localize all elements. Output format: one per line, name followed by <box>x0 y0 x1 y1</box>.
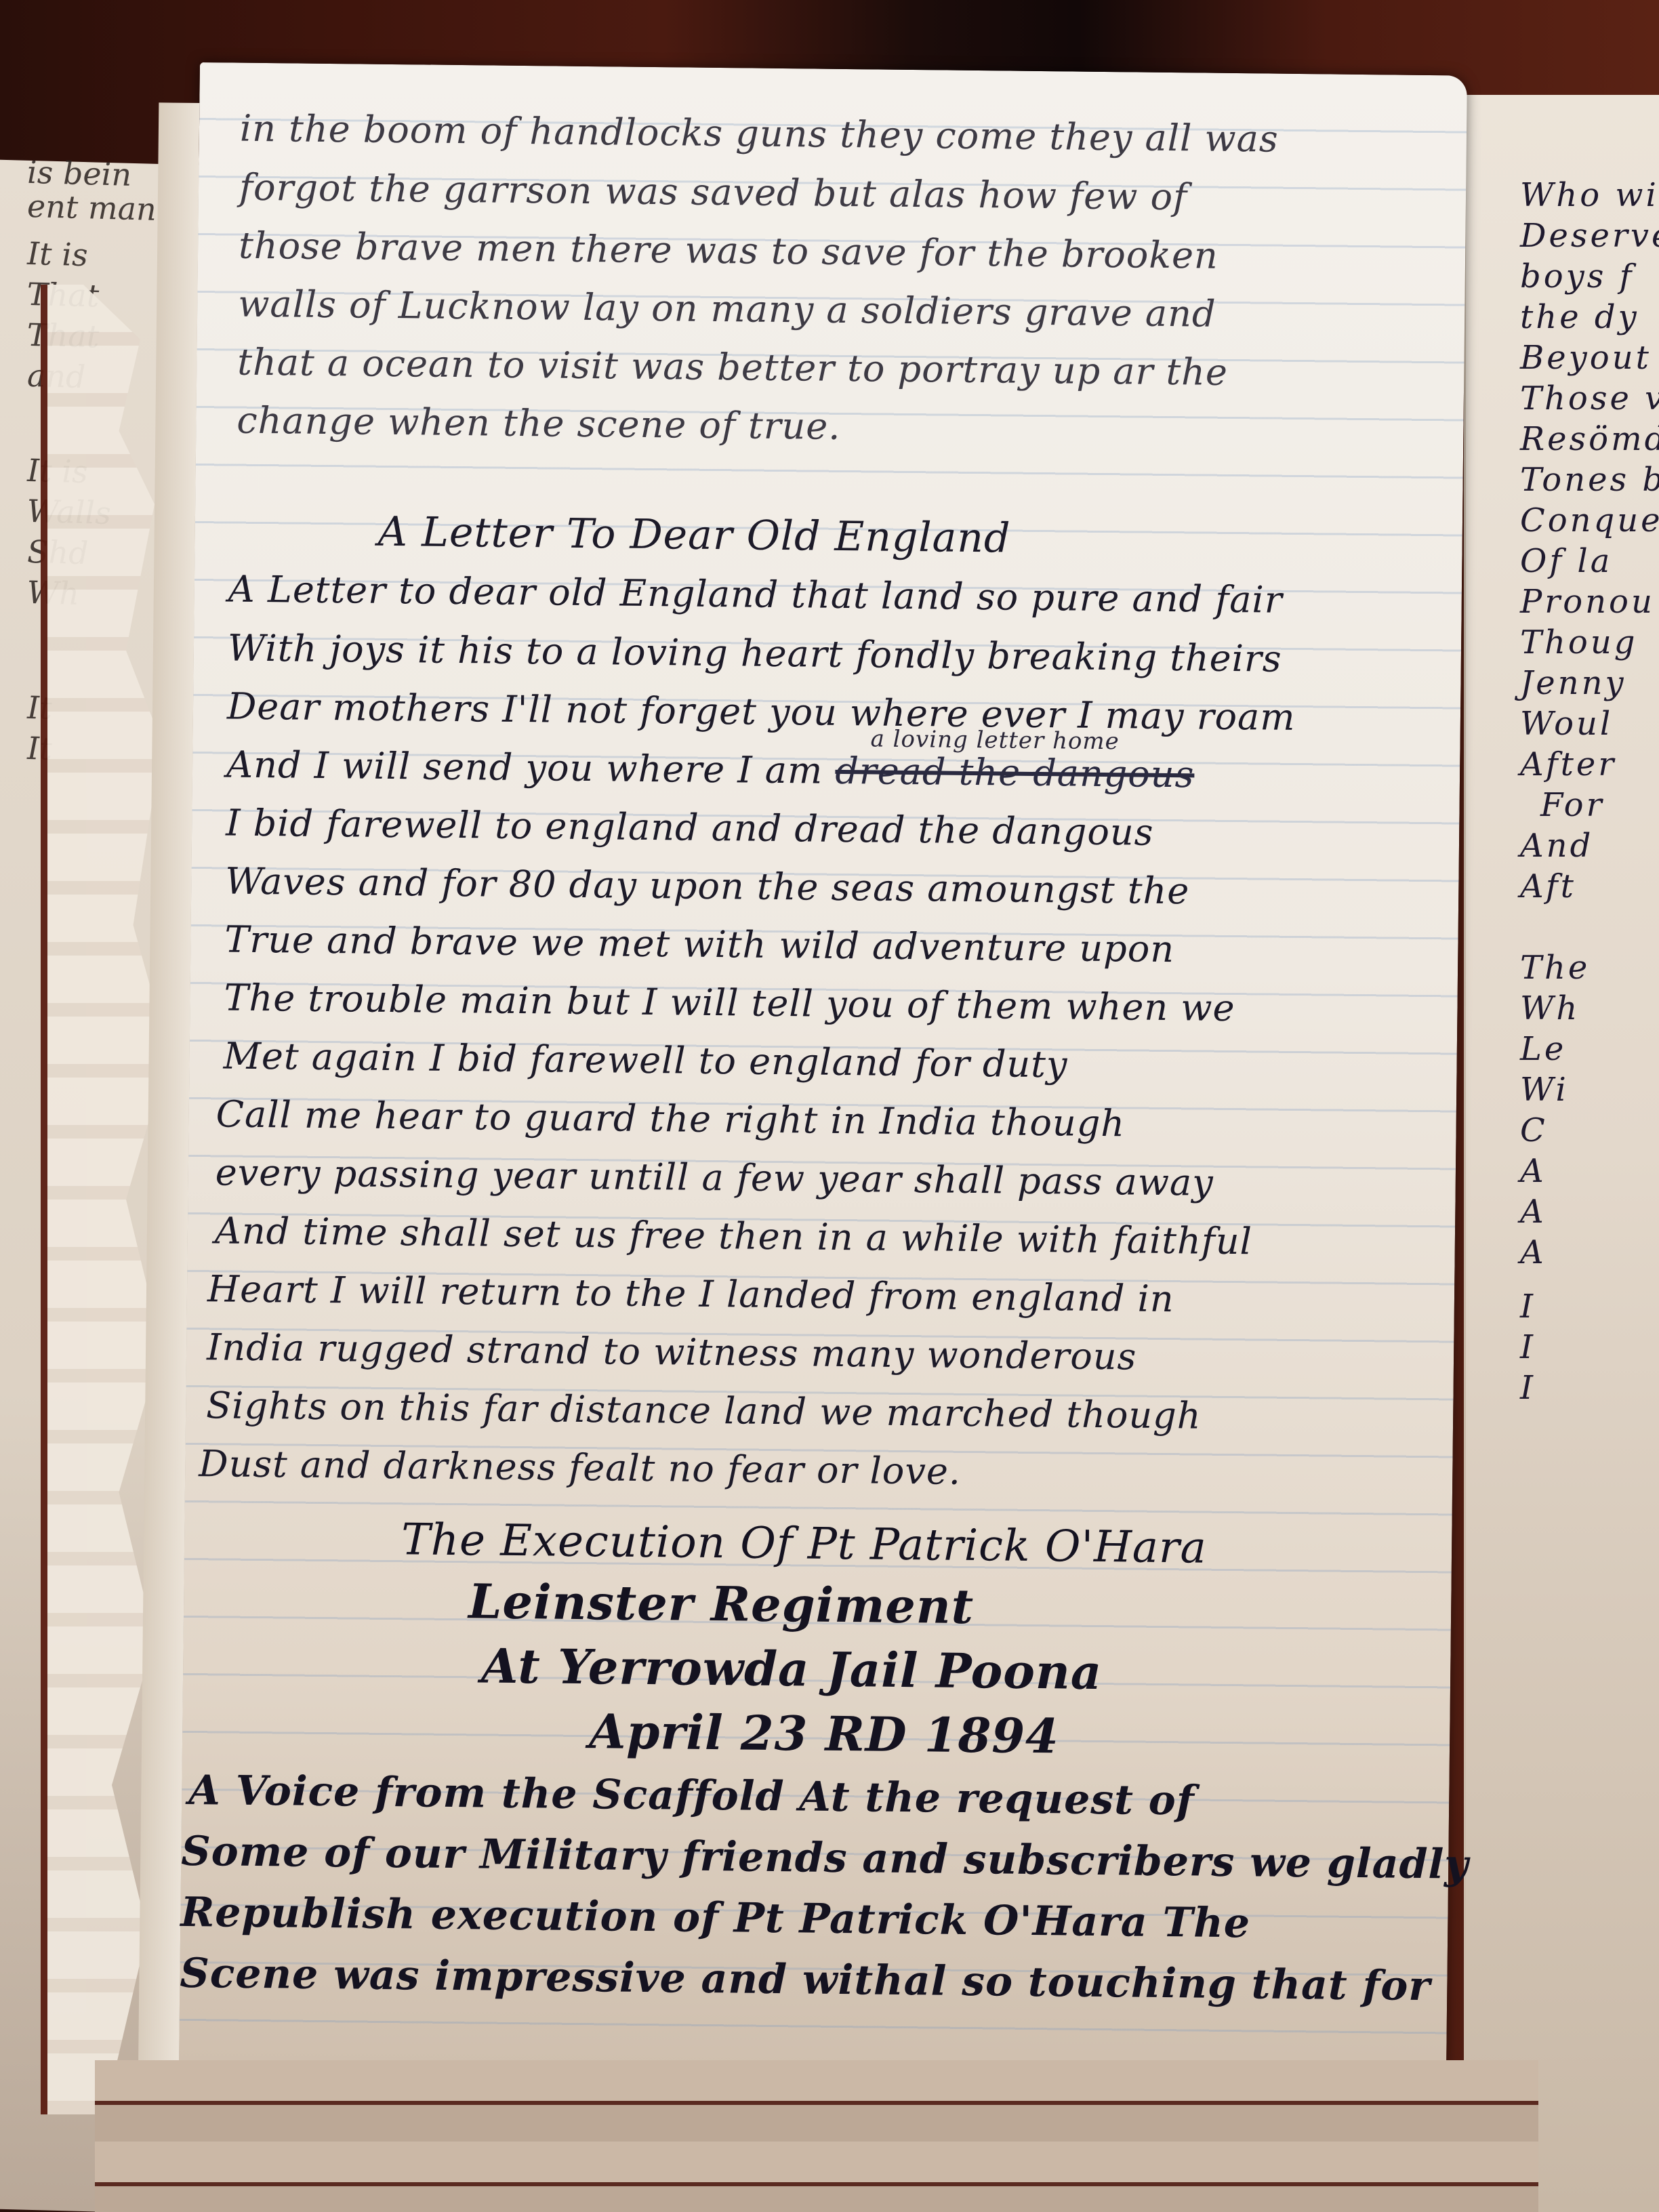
right-fragment-text: the dy <box>1520 298 1639 336</box>
text-line: walls of Lucknow lay on many a soldiers … <box>238 283 1216 335</box>
right-fragment-text: Pronou <box>1520 583 1655 621</box>
closing-line: Scene was impressive and withal so touch… <box>180 1950 1431 2010</box>
execution-heading-regiment: Leinster Regiment <box>468 1573 975 1635</box>
right-fragment-text: Conque <box>1520 501 1659 539</box>
poem-line: A Letter to dear old England that land s… <box>228 567 1283 621</box>
right-fragment-text: A <box>1520 1152 1547 1190</box>
poem-line: India rugged strand to witness many wond… <box>207 1326 1137 1378</box>
right-fragment-text: Those vic <box>1520 380 1659 417</box>
closing-line: A Voice from the Scaffold At the request… <box>188 1767 1195 1825</box>
text-line: change when the scene of true. <box>237 399 841 448</box>
closing-line: Some of our Military friends and subscri… <box>181 1828 1469 1889</box>
text-line: in the boom of handlocks guns they come … <box>240 107 1279 161</box>
poem-line: Met again I bid farewell to england for … <box>223 1034 1067 1086</box>
text-line: that a ocean to visit was better to port… <box>237 341 1228 394</box>
right-fragment-text: Wi <box>1520 1071 1569 1109</box>
right-fragment-text: Of la <box>1520 542 1612 580</box>
right-fragment-text: Le <box>1520 1030 1566 1068</box>
right-fragment-text: Resömd <box>1520 420 1659 458</box>
right-fragment-text: C <box>1520 1111 1548 1149</box>
left-fragment-text: ent mann <box>27 188 176 228</box>
execution-heading-location: At Yerrowda Jail Poona <box>481 1637 1103 1700</box>
right-fragment-text: Jenny <box>1520 664 1626 702</box>
right-fragment-text: Thoug <box>1520 623 1637 661</box>
tattered-page-edges <box>95 2060 1538 2212</box>
right-fragment-text: A <box>1520 1233 1547 1271</box>
text-line: forgot the garrson was saved but alas ho… <box>239 166 1188 219</box>
right-fragment-text: Beyout <box>1520 339 1652 377</box>
closing-line: Republish execution of Pt Patrick O'Hara… <box>180 1889 1250 1948</box>
right-fragment-text: And <box>1520 827 1593 865</box>
right-fragment-text: I <box>1520 1288 1536 1326</box>
right-fragment-text: I <box>1520 1369 1536 1407</box>
poem-line: every passing year untill a few year sha… <box>216 1151 1214 1204</box>
poem-line: Call me hear to guard the right in India… <box>216 1092 1125 1145</box>
right-fragment-text: For <box>1540 786 1605 824</box>
poem-line: Heart I will return to the I landed from… <box>207 1267 1174 1320</box>
right-page-fragment: Who wi Deserve boys f the dy Beyout Thos… <box>1464 95 1659 2212</box>
right-fragment-text: The <box>1520 949 1590 987</box>
poem-line: And time shall set us free then in a whi… <box>215 1209 1253 1263</box>
execution-heading-title: The Execution Of Pt Patrick O'Hara <box>401 1515 1207 1573</box>
right-fragment-text: Tones b <box>1520 461 1659 499</box>
execution-heading-date: April 23 RD 1894 <box>589 1703 1059 1764</box>
poem-line: Dear mothers I'll not forget you where e… <box>227 684 1296 739</box>
right-fragment-text: I <box>1520 1328 1536 1366</box>
left-fragment-text: is bein <box>27 154 131 193</box>
manuscript-page: in the boom of handlocks guns they come … <box>179 62 1467 2074</box>
right-fragment-text: Wh <box>1520 989 1580 1027</box>
struck-through-text: dread the dangous <box>835 750 1195 796</box>
poem-title: A Letter To Dear Old England <box>377 508 1010 562</box>
right-fragment-text: After <box>1520 745 1616 783</box>
poem-line: The trouble main but I will tell you of … <box>224 976 1235 1029</box>
right-fragment-text: boys f <box>1520 258 1634 295</box>
right-fragment-text: Woul <box>1520 705 1613 743</box>
poem-line: I bid farewell to england and dread the … <box>226 801 1154 853</box>
text-line: those brave men there was to save for th… <box>239 224 1218 277</box>
poem-line: With joys it his to a loving heart fondl… <box>228 626 1282 680</box>
poem-line: Sights on this far distance land we marc… <box>206 1384 1202 1437</box>
right-fragment-text: Who wi <box>1520 176 1659 214</box>
left-fragment-text: It is <box>27 235 88 273</box>
right-fragment-text: A <box>1520 1193 1547 1231</box>
poem-line-text: And I will send you where I am <box>226 743 823 792</box>
poem-line: True and brave we met with wild adventur… <box>224 918 1174 970</box>
right-fragment-text: Aft <box>1520 867 1576 905</box>
right-fragment-text: Deserve <box>1520 217 1659 255</box>
poem-line: Waves and for 80 day upon the seas amoun… <box>225 859 1190 912</box>
poem-line: Dust and darkness fealt no fear or love. <box>199 1442 961 1493</box>
